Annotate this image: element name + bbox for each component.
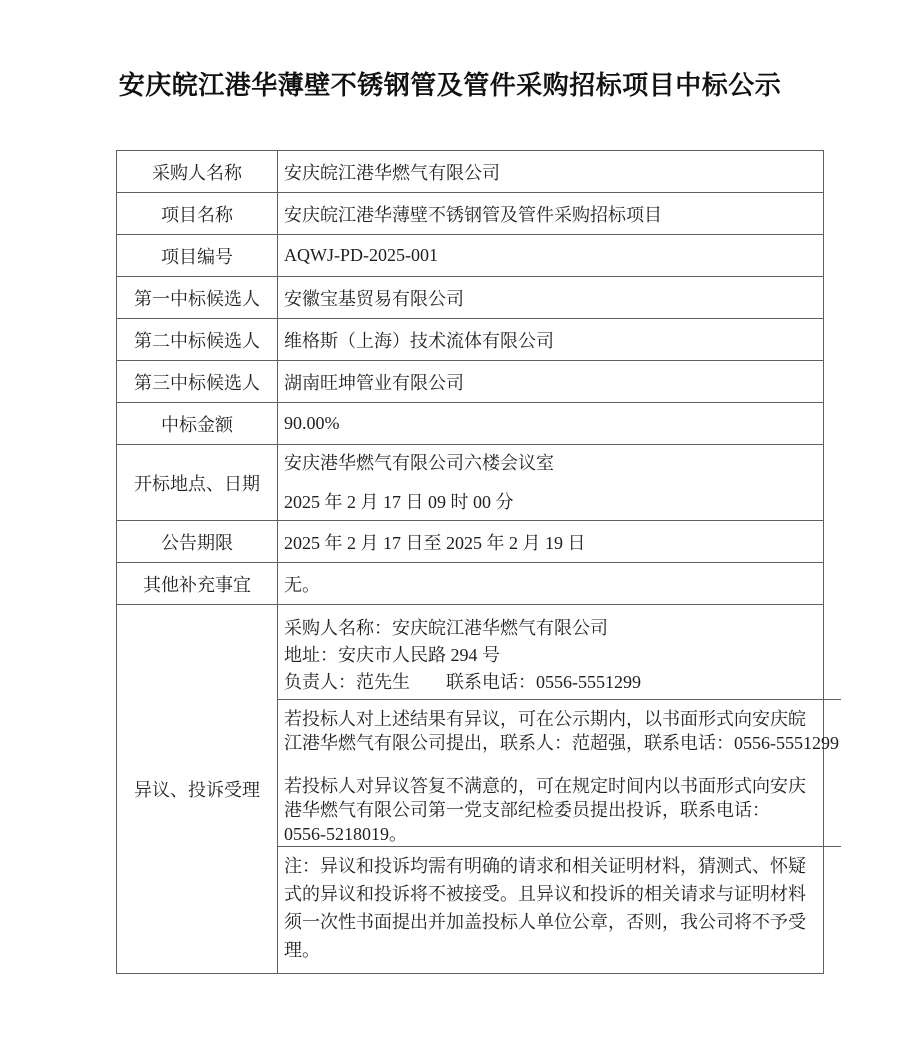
row-value: 湖南旺坤管业有限公司 (278, 361, 823, 402)
row-label: 第三中标候选人 (117, 361, 278, 402)
objection-p1-line1: 若投标人对上述结果有异议，可在公示期内，以书面形式向安庆皖 (284, 707, 839, 731)
opening-location: 安庆港华燃气有限公司六楼会议室 (284, 449, 821, 477)
row-value: 无。 (278, 563, 823, 604)
row-label: 采购人名称 (117, 151, 278, 192)
contact-purchaser-line: 采购人名称：安庆皖江港华燃气有限公司 (284, 615, 839, 642)
note-line3: 须一次性书面提出并加盖投标人单位公章，否则，我公司将不予受 (284, 908, 839, 936)
row-label: 公告期限 (117, 521, 278, 562)
objection-p2-line2: 港华燃气有限公司第一党支部纪检委员提出投诉，联系电话： (284, 798, 839, 822)
row-label: 异议、投诉受理 (117, 605, 278, 973)
row-value: 2025 年 2 月 17 日至 2025 年 2 月 19 日 (278, 521, 823, 562)
row-other-matters: 其他补充事宜 无。 (117, 563, 823, 605)
page-title: 安庆皖江港华薄壁不锈钢管及管件采购招标项目中标公示 (0, 68, 900, 104)
row-candidate-1: 第一中标候选人 安徽宝基贸易有限公司 (117, 277, 823, 319)
row-label: 其他补充事宜 (117, 563, 278, 604)
purchaser-contact-cell: 采购人名称：安庆皖江港华燃气有限公司 地址：安庆市人民路 294 号 负责人：范… (278, 605, 841, 699)
row-value: 安庆皖江港华燃气有限公司 (278, 151, 823, 192)
row-value: 安庆皖江港华薄壁不锈钢管及管件采购招标项目 (278, 193, 823, 234)
row-candidate-2: 第二中标候选人 维格斯（上海）技术流体有限公司 (117, 319, 823, 361)
contact-address-line: 地址：安庆市人民路 294 号 (284, 642, 839, 669)
document-page: 安庆皖江港华薄壁不锈钢管及管件采购招标项目中标公示 采购人名称 安庆皖江港华燃气… (0, 0, 900, 1049)
row-label: 第一中标候选人 (117, 277, 278, 318)
opening-datetime: 2025 年 2 月 17 日 09 时 00 分 (284, 488, 821, 516)
row-value: 维格斯（上海）技术流体有限公司 (278, 319, 823, 360)
objection-p2-line1: 若投标人对异议答复不满意的，可在规定时间内以书面形式向安庆 (284, 774, 839, 798)
row-candidate-3: 第三中标候选人 湖南旺坤管业有限公司 (117, 361, 823, 403)
row-label: 项目名称 (117, 193, 278, 234)
row-label: 中标金额 (117, 403, 278, 444)
row-label: 项目编号 (117, 235, 278, 276)
contact-person-line: 负责人：范先生 联系电话：0556-5551299 (284, 669, 839, 696)
objection-note-cell: 注：异议和投诉均需有明确的请求和相关证明材料，猜测式、怀疑 式的异议和投诉将不被… (278, 846, 841, 973)
row-value: 安庆港华燃气有限公司六楼会议室 2025 年 2 月 17 日 09 时 00 … (278, 445, 823, 520)
objection-paragraph-2: 若投标人对异议答复不满意的，可在规定时间内以书面形式向安庆 港华燃气有限公司第一… (284, 774, 839, 846)
row-label: 开标地点、日期 (117, 445, 278, 520)
row-label: 第二中标候选人 (117, 319, 278, 360)
row-project-name: 项目名称 安庆皖江港华薄壁不锈钢管及管件采购招标项目 (117, 193, 823, 235)
row-value: 90.00% (278, 403, 823, 444)
announcement-table: 采购人名称 安庆皖江港华燃气有限公司 项目名称 安庆皖江港华薄壁不锈钢管及管件采… (116, 150, 824, 974)
note-line2: 式的异议和投诉将不被接受。且异议和投诉的相关请求与证明材料 (284, 880, 839, 908)
row-objection-handling: 异议、投诉受理 采购人名称：安庆皖江港华燃气有限公司 地址：安庆市人民路 294… (117, 605, 823, 973)
row-bid-opening: 开标地点、日期 安庆港华燃气有限公司六楼会议室 2025 年 2 月 17 日 … (117, 445, 823, 521)
row-value: AQWJ-PD-2025-001 (278, 235, 823, 276)
objection-subcells: 采购人名称：安庆皖江港华燃气有限公司 地址：安庆市人民路 294 号 负责人：范… (278, 605, 841, 973)
objection-p1-line2: 江港华燃气有限公司提出，联系人：范超强，联系电话：0556-5551299 (284, 731, 839, 755)
row-project-number: 项目编号 AQWJ-PD-2025-001 (117, 235, 823, 277)
row-value: 安徽宝基贸易有限公司 (278, 277, 823, 318)
objection-procedure-cell: 若投标人对上述结果有异议，可在公示期内，以书面形式向安庆皖 江港华燃气有限公司提… (278, 699, 841, 846)
row-announcement-period: 公告期限 2025 年 2 月 17 日至 2025 年 2 月 19 日 (117, 521, 823, 563)
note-line4: 理。 (284, 936, 839, 964)
row-bid-amount: 中标金额 90.00% (117, 403, 823, 445)
note-line1: 注：异议和投诉均需有明确的请求和相关证明材料，猜测式、怀疑 (284, 852, 839, 880)
row-purchaser-name: 采购人名称 安庆皖江港华燃气有限公司 (117, 151, 823, 193)
objection-p2-line3: 0556-5218019。 (284, 822, 839, 846)
objection-paragraph-1: 若投标人对上述结果有异议，可在公示期内，以书面形式向安庆皖 江港华燃气有限公司提… (284, 707, 839, 755)
